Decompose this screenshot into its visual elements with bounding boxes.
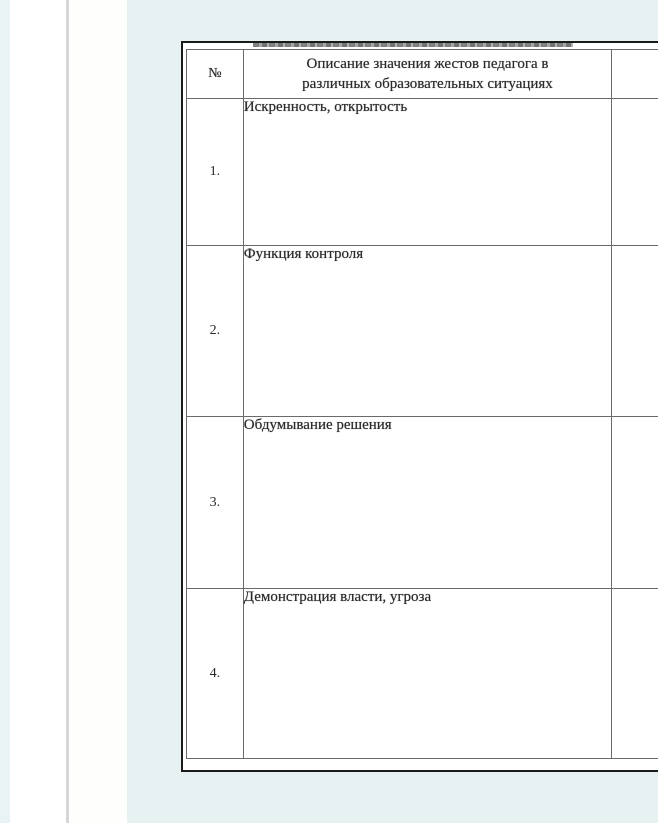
header-description-line1: Описание значения жестов педагога в [244, 54, 611, 74]
header-description: Описание значения жестов педагога в разл… [243, 50, 611, 99]
row-description: Обдумывание решения [243, 417, 611, 589]
gutter-column [69, 0, 127, 823]
row-number: 2. [187, 246, 244, 417]
left-background-strip [0, 0, 10, 823]
table-header-row: № Описание значения жестов педагога в ра… [187, 50, 658, 99]
header-clipped-column [612, 50, 658, 99]
row-description: Функция контроля [243, 246, 611, 417]
table-row: 3. Обдумывание решения [187, 417, 658, 589]
clipped-title [253, 43, 573, 47]
row-clipped-cell [612, 99, 658, 246]
row-number: 1. [187, 99, 244, 246]
table-image: № Описание значения жестов педагога в ра… [181, 41, 658, 772]
header-description-line2: различных образовательных ситуациях [244, 74, 611, 94]
table-row: 4. Демонстрация власти, угроза [187, 589, 658, 759]
header-number: № [187, 50, 244, 99]
gestures-table: № Описание значения жестов педагога в ра… [186, 49, 658, 759]
row-clipped-cell [612, 589, 658, 759]
row-description: Демонстрация власти, угроза [243, 589, 611, 759]
row-clipped-cell [612, 417, 658, 589]
table-row: 1. Искренность, открытость [187, 99, 658, 246]
row-description: Искренность, открытость [243, 99, 611, 246]
row-number: 4. [187, 589, 244, 759]
header-number-label: № [187, 66, 243, 82]
row-number: 3. [187, 417, 244, 589]
row-clipped-cell [612, 246, 658, 417]
left-column [10, 0, 66, 823]
table-row: 2. Функция контроля [187, 246, 658, 417]
